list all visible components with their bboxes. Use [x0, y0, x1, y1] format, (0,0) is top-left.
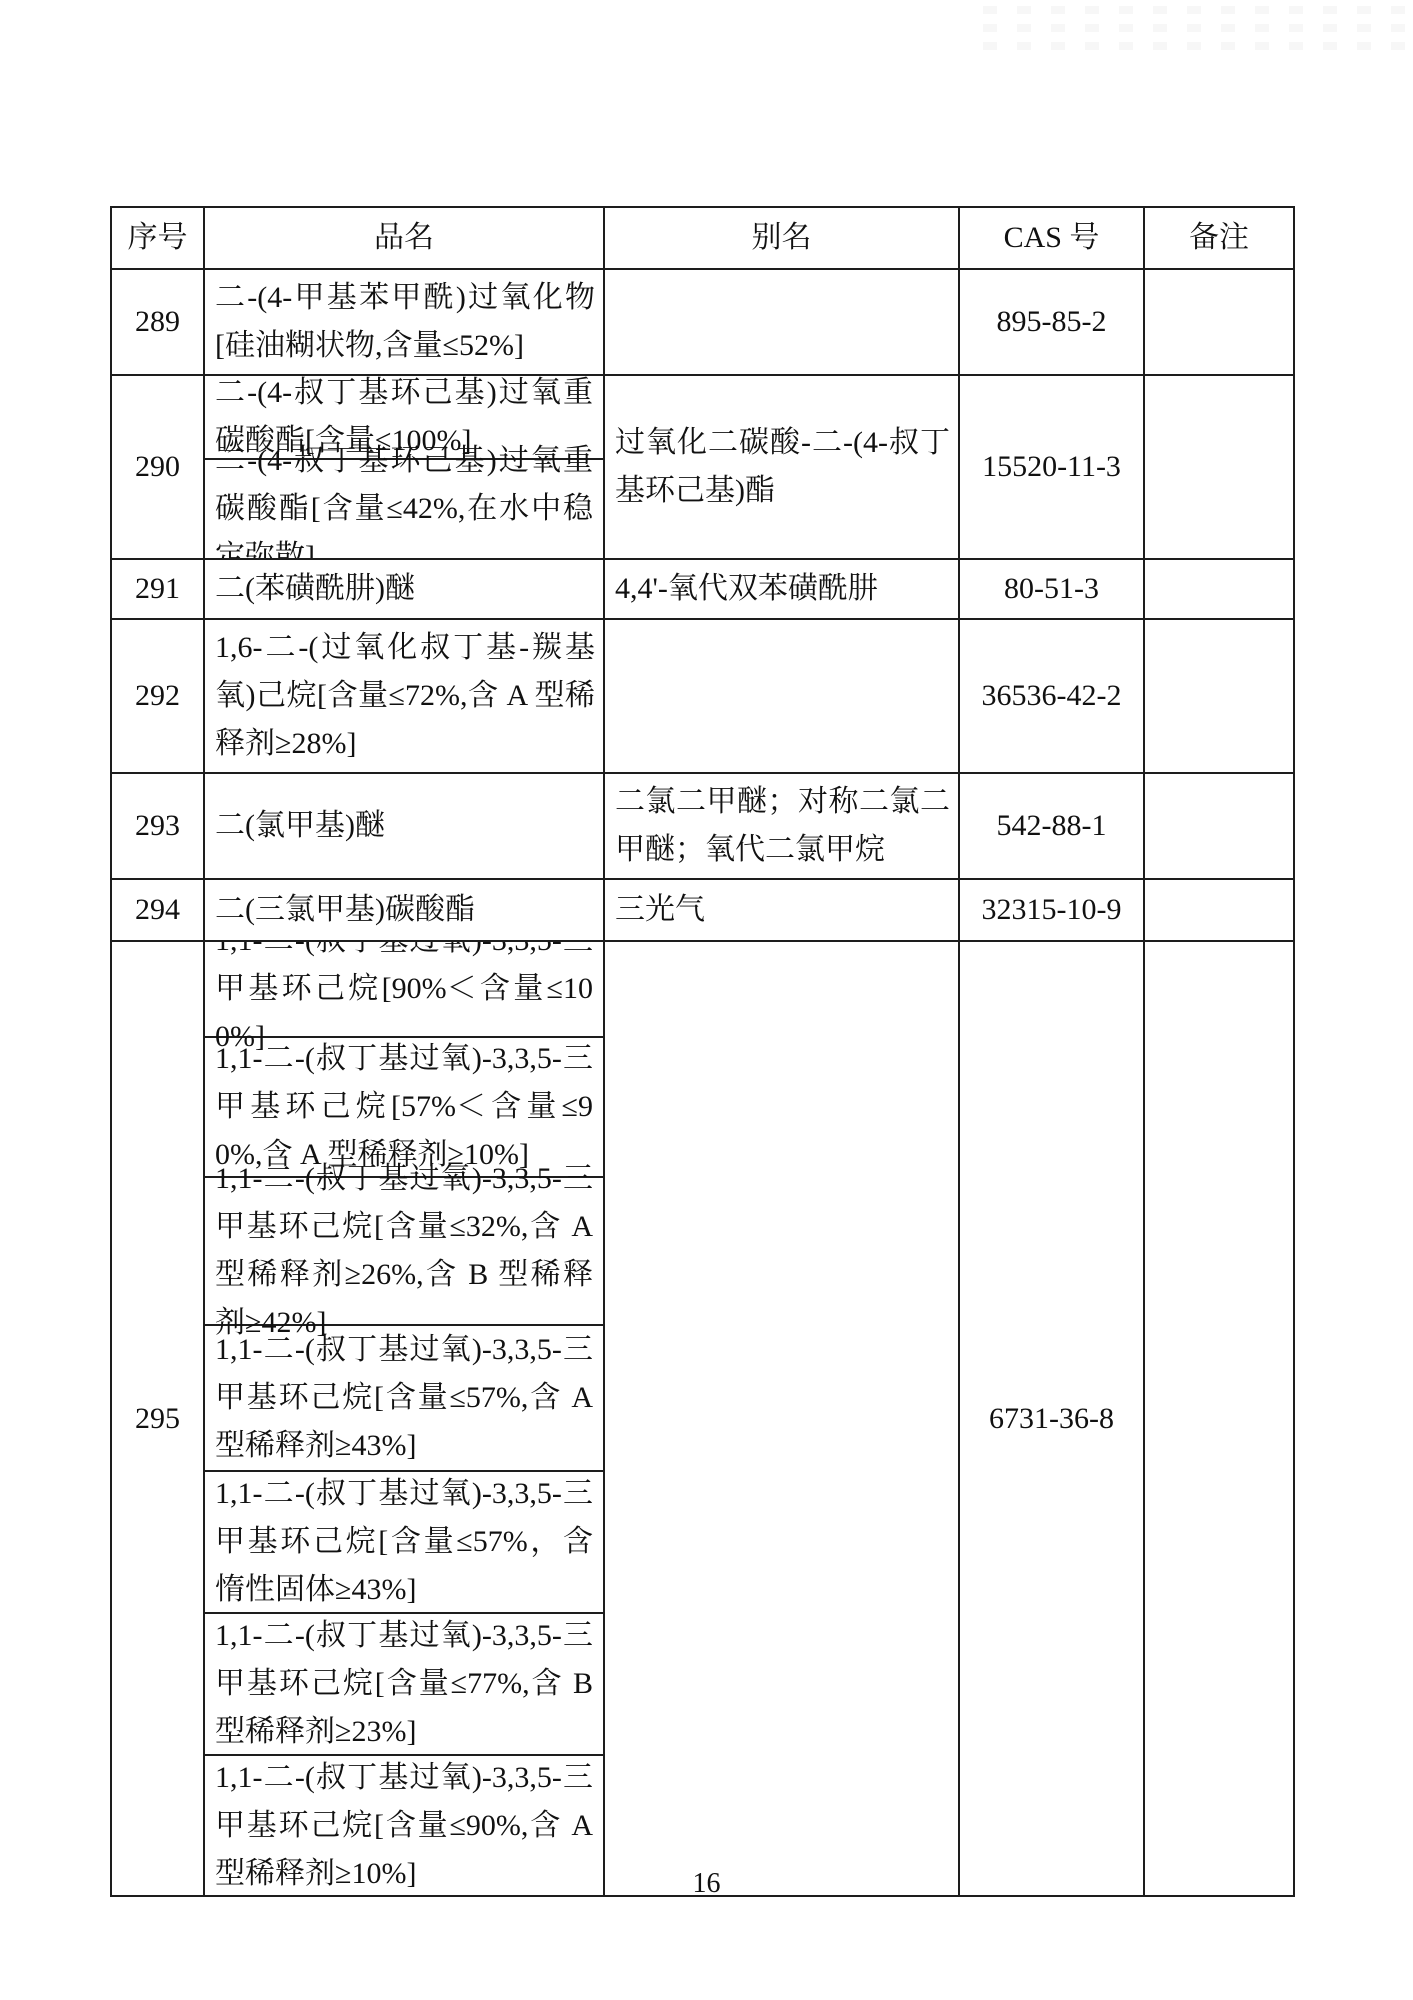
cas-number: 80-51-3 — [959, 559, 1144, 619]
row-alias-cell — [604, 941, 959, 1896]
table-header-row: 序号 品名 别名 CAS 号 备注 — [111, 207, 1294, 269]
row-remark-cell — [1144, 269, 1294, 375]
row-name-cell: 二-(4-叔丁基环己基)过氧重碳酸酯[含量≤100%] 二-(4-叔丁基环己基)… — [204, 375, 604, 559]
row-index: 295 — [111, 941, 204, 1896]
header-cas: CAS 号 — [959, 207, 1144, 269]
table-row: 292 1,6-二-(过氧化叔丁基-羰基氧)己烷[含量≤72%,含 A 型稀释剂… — [111, 619, 1294, 773]
row-name-cell: 二(苯磺酰肼)醚 — [204, 559, 604, 619]
row-remark-cell — [1144, 773, 1294, 879]
chemical-table: 序号 品名 别名 CAS 号 备注 289 二-(4-甲基苯甲酰)过氧化物[硅油… — [110, 206, 1295, 1897]
name-subcell: 1,1-二-(叔丁基过氧)-3,3,5-三甲基环己烷[含量≤57%，含惰性固体≥… — [205, 1472, 603, 1614]
row-name-cell: 1,1-二-(叔丁基过氧)-3,3,5-三甲基环己烷[90%＜含量≤100%] … — [204, 941, 604, 1896]
chemical-name: 二-(4-叔丁基环己基)过氧重碳酸酯[含量≤42%,在水中稳定弥散] — [205, 433, 603, 559]
chemical-name: 二(氯甲基)醚 — [205, 798, 604, 854]
row-remark-cell — [1144, 375, 1294, 559]
table-row: 289 二-(4-甲基苯甲酰)过氧化物[硅油糊状物,含量≤52%] 895-85… — [111, 269, 1294, 375]
row-alias-cell: 二氯二甲醚；对称二氯二甲醚；氧代二氯甲烷 — [604, 773, 959, 879]
alias-name: 4,4'-氧代双苯磺酰肼 — [605, 561, 959, 617]
header-alias: 别名 — [604, 207, 959, 269]
row-index: 292 — [111, 619, 204, 773]
chemical-name: 1,1-二-(叔丁基过氧)-3,3,5-三甲基环己烷[含量≤57%,含 A 型稀… — [205, 1322, 603, 1474]
chemical-name: 1,1-二-(叔丁基过氧)-3,3,5-三甲基环己烷[含量≤32%,含 A 型稀… — [205, 1151, 603, 1351]
chemical-name: 1,1-二-(叔丁基过氧)-3,3,5-三甲基环己烷[含量≤77%,含 B 型稀… — [205, 1608, 603, 1760]
row-index: 291 — [111, 559, 204, 619]
cas-number: 6731-36-8 — [959, 941, 1144, 1896]
row-name-cell: 二-(4-甲基苯甲酰)过氧化物[硅油糊状物,含量≤52%] — [204, 269, 604, 375]
name-subcell: 1,1-二-(叔丁基过氧)-3,3,5-三甲基环己烷[90%＜含量≤100%] — [205, 942, 603, 1038]
chemical-name: 二(三氯甲基)碳酸酯 — [205, 882, 604, 938]
document-page: 序号 品名 别名 CAS 号 备注 289 二-(4-甲基苯甲酰)过氧化物[硅油… — [0, 0, 1413, 2000]
chemical-name: 二-(4-甲基苯甲酰)过氧化物[硅油糊状物,含量≤52%] — [205, 270, 604, 374]
alias-name: 三光气 — [605, 882, 959, 938]
row-name-cell: 二(三氯甲基)碳酸酯 — [204, 879, 604, 941]
cas-number: 32315-10-9 — [959, 879, 1144, 941]
row-alias-cell: 过氧化二碳酸-二-(4-叔丁基环己基)酯 — [604, 375, 959, 559]
row-remark-cell — [1144, 559, 1294, 619]
row-alias-cell: 4,4'-氧代双苯磺酰肼 — [604, 559, 959, 619]
table-row: 294 二(三氯甲基)碳酸酯 三光气 32315-10-9 — [111, 879, 1294, 941]
faint-scan-artifact — [983, 6, 1413, 60]
row-alias-cell — [604, 269, 959, 375]
name-subcell: 1,1-二-(叔丁基过氧)-3,3,5-三甲基环己烷[含量≤32%,含 A 型稀… — [205, 1178, 603, 1326]
alias-name: 过氧化二碳酸-二-(4-叔丁基环己基)酯 — [605, 415, 959, 519]
header-name: 品名 — [204, 207, 604, 269]
table-row: 291 二(苯磺酰肼)醚 4,4'-氧代双苯磺酰肼 80-51-3 — [111, 559, 1294, 619]
cas-number: 15520-11-3 — [959, 375, 1144, 559]
chemical-name: 1,1-二-(叔丁基过氧)-3,3,5-三甲基环己烷[含量≤57%，含惰性固体≥… — [205, 1466, 603, 1618]
row-name-cell: 二(氯甲基)醚 — [204, 773, 604, 879]
header-remark: 备注 — [1144, 207, 1294, 269]
row-index: 289 — [111, 269, 204, 375]
row-alias-cell: 三光气 — [604, 879, 959, 941]
chemical-name: 1,6-二-(过氧化叔丁基-羰基氧)己烷[含量≤72%,含 A 型稀释剂≥28%… — [205, 620, 604, 772]
row-remark-cell — [1144, 619, 1294, 773]
page-number: 16 — [0, 1868, 1413, 1900]
header-index: 序号 — [111, 207, 204, 269]
name-subcell: 1,1-二-(叔丁基过氧)-3,3,5-三甲基环己烷[含量≤57%,含 A 型稀… — [205, 1326, 603, 1472]
row-index: 294 — [111, 879, 204, 941]
row-remark-cell — [1144, 941, 1294, 1896]
row-index: 290 — [111, 375, 204, 559]
cas-number: 895-85-2 — [959, 269, 1144, 375]
name-subcell: 1,1-二-(叔丁基过氧)-3,3,5-三甲基环己烷[含量≤77%,含 B 型稀… — [205, 1614, 603, 1756]
cas-number: 36536-42-2 — [959, 619, 1144, 773]
name-subcell: 二-(4-叔丁基环己基)过氧重碳酸酯[含量≤42%,在水中稳定弥散] — [205, 460, 603, 558]
table-row: 293 二(氯甲基)醚 二氯二甲醚；对称二氯二甲醚；氧代二氯甲烷 542-88-… — [111, 773, 1294, 879]
row-index: 293 — [111, 773, 204, 879]
chemical-name: 二(苯磺酰肼)醚 — [205, 561, 604, 617]
cas-number: 542-88-1 — [959, 773, 1144, 879]
table-row: 290 二-(4-叔丁基环己基)过氧重碳酸酯[含量≤100%] 二-(4-叔丁基… — [111, 375, 1294, 559]
row-alias-cell — [604, 619, 959, 773]
table-row: 295 1,1-二-(叔丁基过氧)-3,3,5-三甲基环己烷[90%＜含量≤10… — [111, 941, 1294, 1896]
row-name-cell: 1,6-二-(过氧化叔丁基-羰基氧)己烷[含量≤72%,含 A 型稀释剂≥28%… — [204, 619, 604, 773]
alias-name: 二氯二甲醚；对称二氯二甲醚；氧代二氯甲烷 — [605, 774, 959, 878]
row-remark-cell — [1144, 879, 1294, 941]
